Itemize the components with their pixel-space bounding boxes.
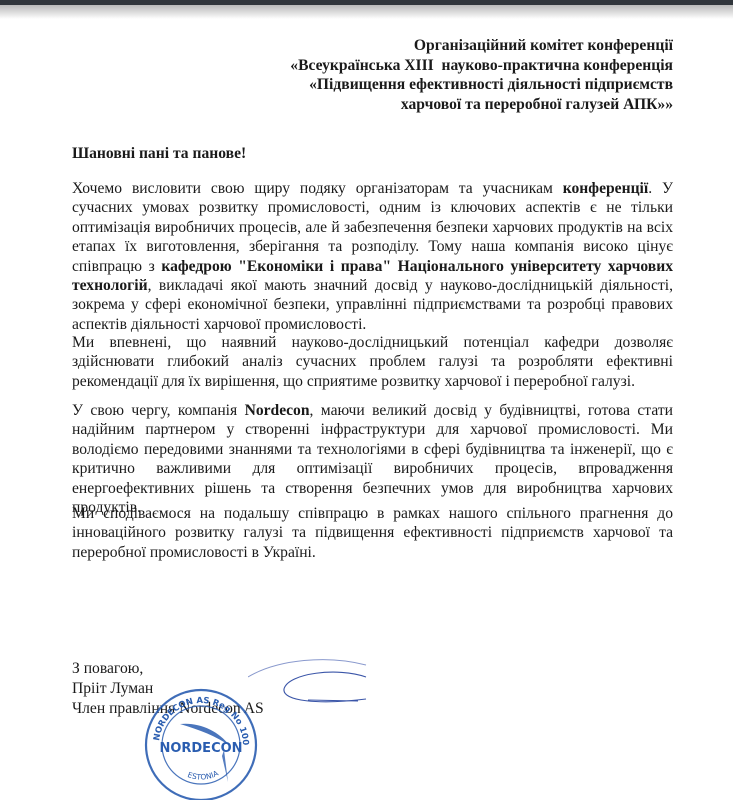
p1-text-3: , викладачі якої мають значний досвід у … <box>72 277 673 333</box>
p1-text-1: Хочемо висловити свою щиру подяку органі… <box>72 180 563 197</box>
company-stamp: NORDECON AS Reg No 10099962 ESTONIA NORD… <box>142 686 260 800</box>
p1-bold-conference: конференції <box>563 180 649 197</box>
p3-bold-company: Nordecon <box>245 402 310 419</box>
paragraph-4: Ми сподіваємося на подальшу співпрацю в … <box>72 504 673 562</box>
addressee-header: Організаційний комітет конференції «Всеу… <box>72 36 673 114</box>
paragraph-3: У свою чергу, компанія Nordecon, маючи в… <box>72 401 673 517</box>
p3-text-1: У свою чергу, компанія <box>72 402 245 419</box>
handwritten-signature <box>248 655 368 715</box>
paragraph-1: Хочемо висловити свою щиру подяку органі… <box>72 179 673 334</box>
svg-text:NORDECON AS Reg No 10099962: NORDECON AS Reg No 10099962 <box>142 686 250 746</box>
header-line-4: харчової та переробної галузей АПК»» <box>72 95 673 115</box>
p3-text-2: , маючи великий досвід у будівництві, го… <box>72 402 673 516</box>
svg-text:ESTONIA: ESTONIA <box>186 768 220 781</box>
header-line-2: «Всеукраїнська XIII науково-практична ко… <box>72 56 673 76</box>
header-line-1: Організаційний комітет конференції <box>72 36 673 56</box>
greeting: Шановні пані та панове! <box>72 145 246 163</box>
closing-regards: З повагою, <box>72 659 264 679</box>
top-bar-shadow <box>0 5 733 19</box>
stamp-company-name: NORDECON <box>159 741 242 756</box>
paragraph-2: Ми впевнені, що наявний науково-дослідни… <box>72 333 673 391</box>
header-line-3: «Підвищення ефективності діяльності підп… <box>72 75 673 95</box>
